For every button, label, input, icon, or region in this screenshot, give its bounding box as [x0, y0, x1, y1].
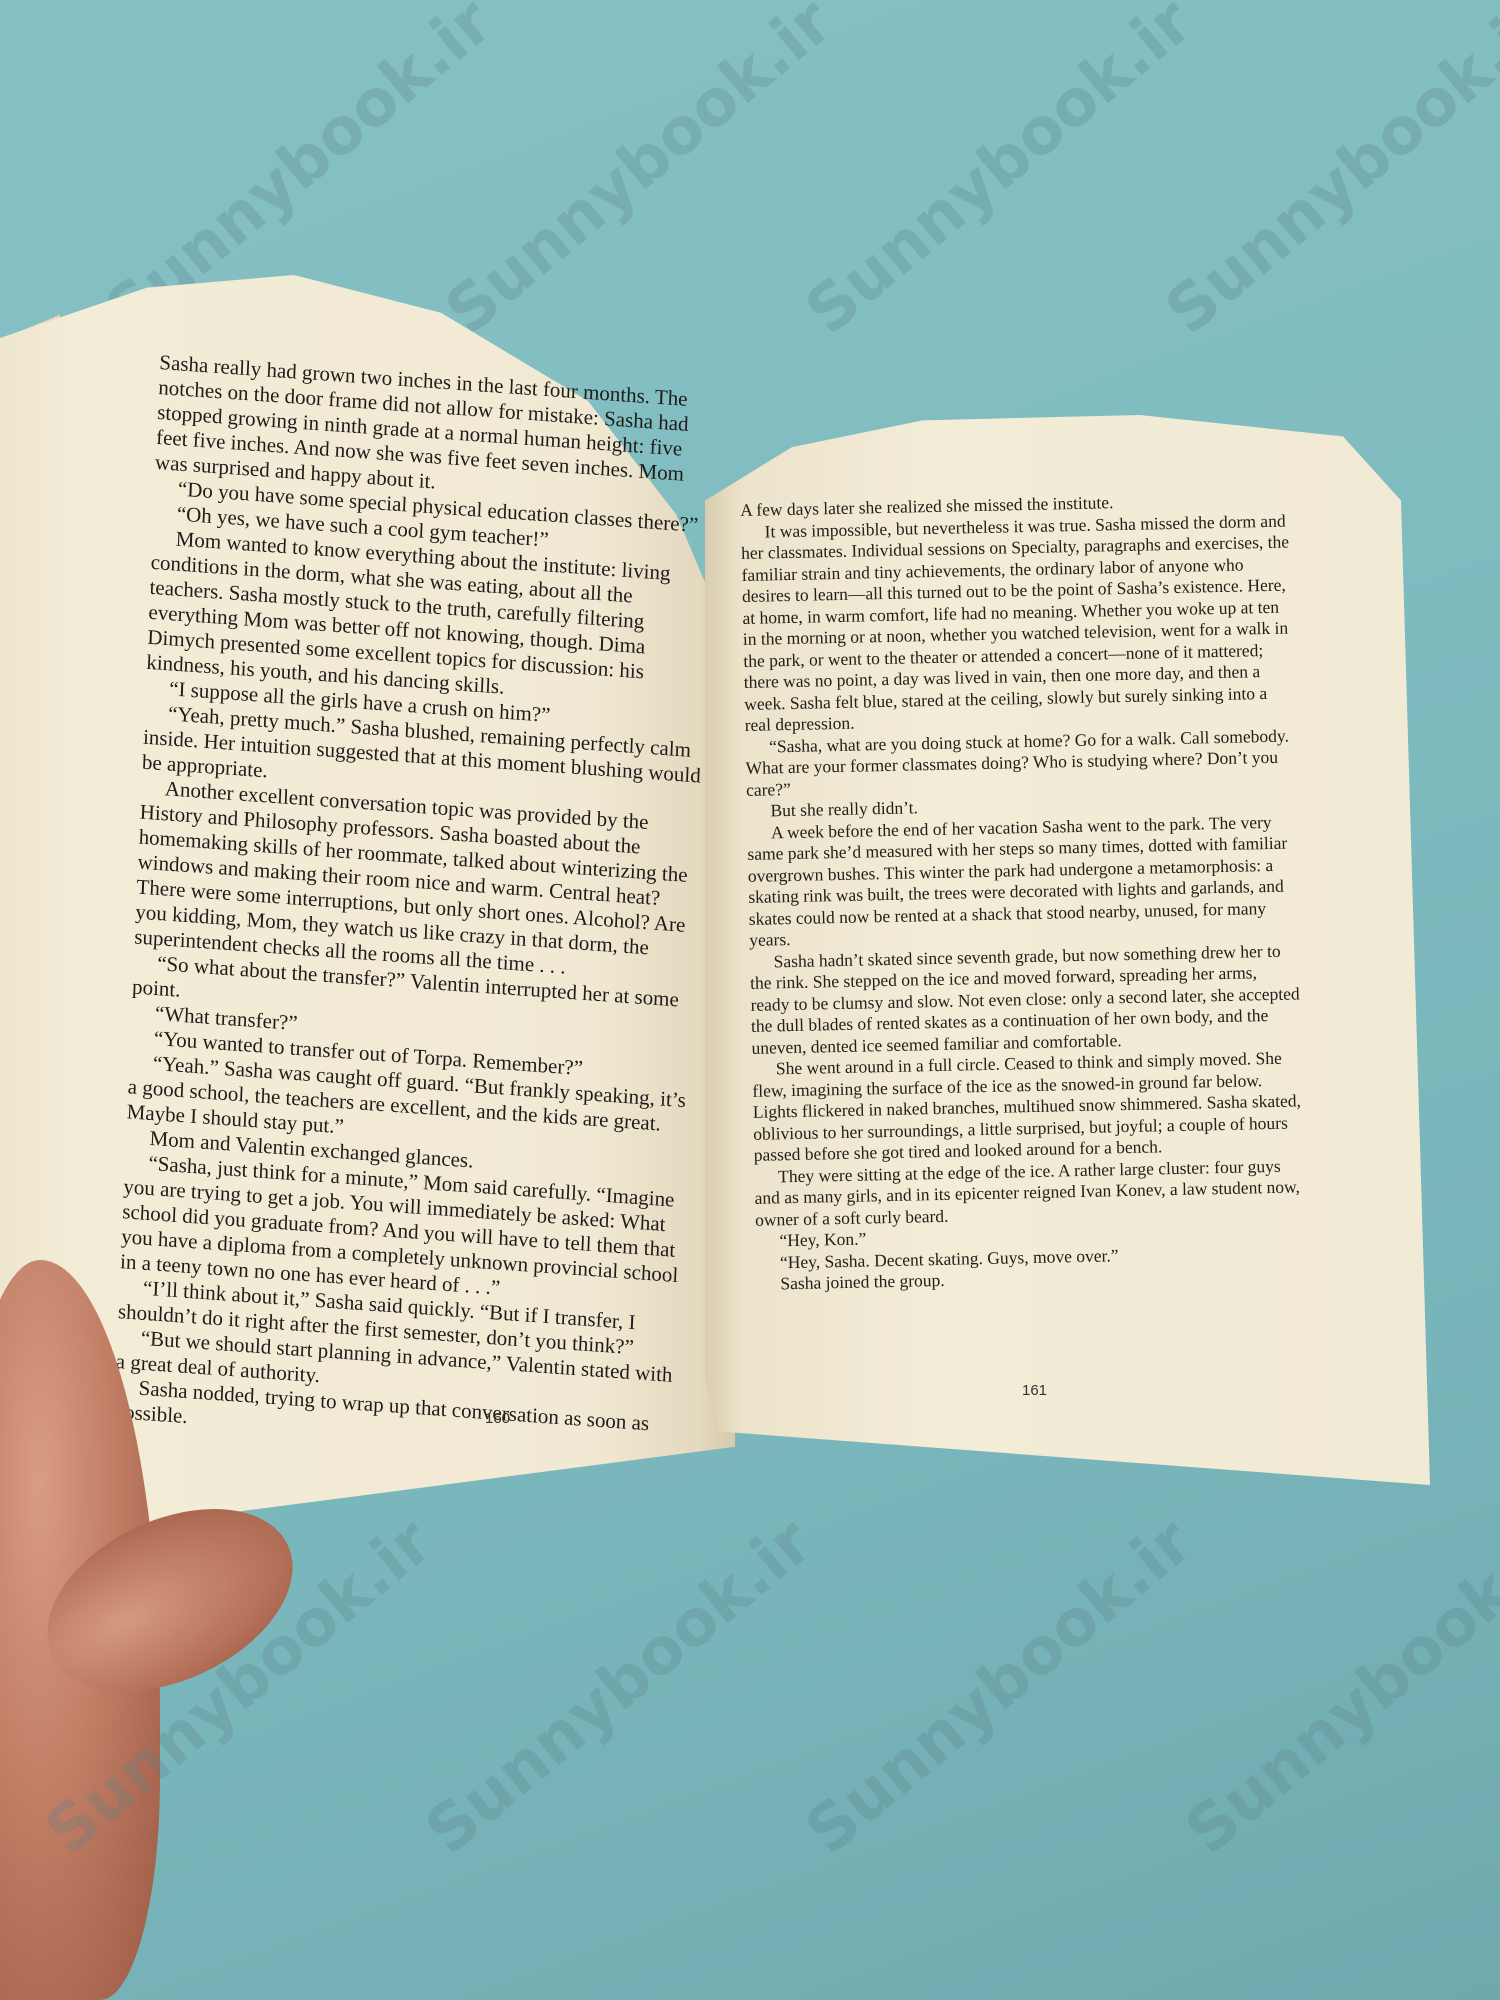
watermark: Sunnybook.ir	[792, 0, 1206, 349]
page-number-right: 161	[1022, 1382, 1047, 1399]
watermark: Sunnybook.ir	[432, 0, 846, 349]
watermark: Sunnybook.ir	[1152, 0, 1500, 349]
left-page-text: Sasha really had grown two inches in the…	[113, 350, 719, 1463]
paragraph: Sasha hadn’t skated since seventh grade,…	[749, 940, 1301, 1059]
watermark: Sunnybook.ir	[792, 1505, 1206, 1869]
open-book-photo: Sunnybook.ir Sunnybook.ir Sunnybook.ir S…	[0, 0, 1500, 2000]
paragraph: She went around in a full circle. Ceased…	[752, 1047, 1304, 1166]
paragraph: A week before the end of her vacation Sa…	[747, 811, 1300, 951]
page-number-left: 160	[485, 1410, 510, 1427]
paragraph: “Sasha, what are you doing stuck at home…	[745, 725, 1296, 801]
watermark: Sunnybook.ir	[1172, 1505, 1500, 1869]
right-page-text: A few days later she realized she missed…	[740, 488, 1307, 1295]
paragraph: It was impossible, but nevertheless it w…	[740, 510, 1294, 736]
watermark: Sunnybook.ir	[412, 1505, 826, 1869]
paragraph: They were sitting at the edge of the ice…	[754, 1155, 1305, 1231]
